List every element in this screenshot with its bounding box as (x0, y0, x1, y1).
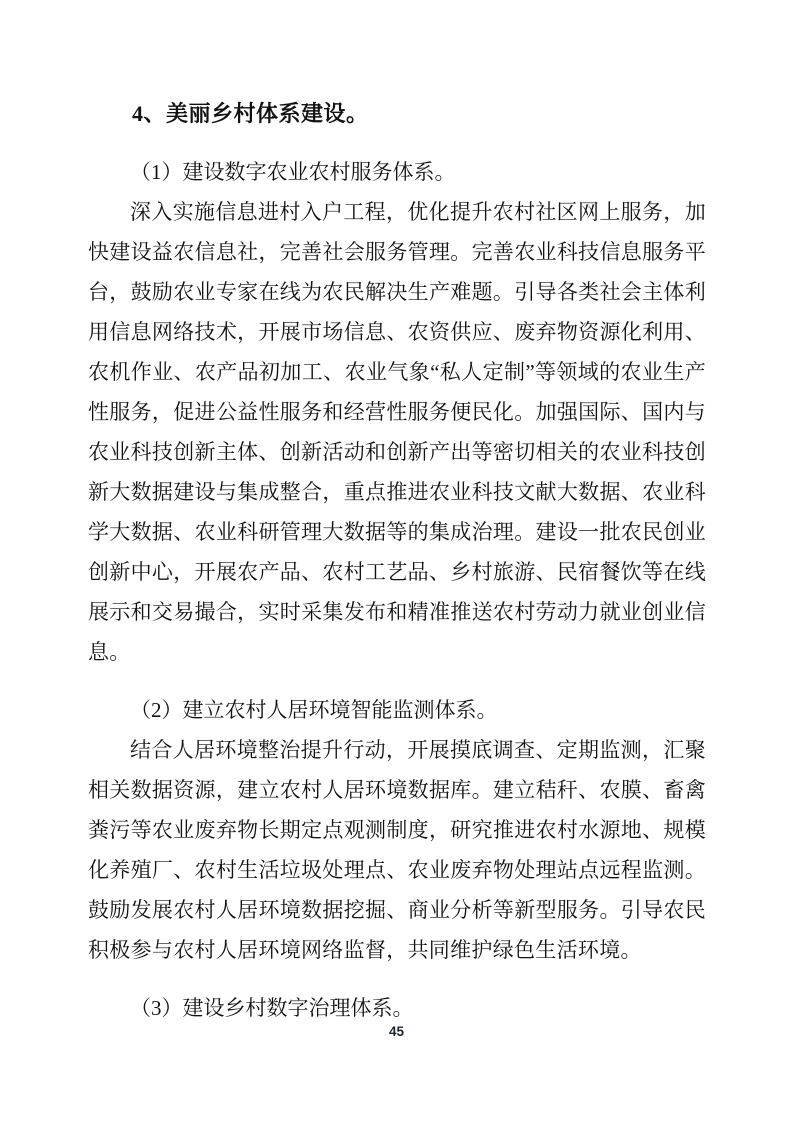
page-number: 45 (0, 1024, 793, 1039)
subsection-title-3: （3）建设乡村数字治理体系。 (88, 988, 706, 1028)
subsection-title-2: （2）建立农村人居环境智能监测体系。 (88, 690, 706, 730)
document-page: 4、美丽乡村体系建设。 （1）建设数字农业农村服务体系。 深入实施信息进村入户工… (0, 0, 793, 1122)
subsection-title-1: （1）建设数字农业农村服务体系。 (88, 152, 706, 192)
paragraph-2: 结合人居环境整治提升行动，开展摸底调查、定期监测，汇聚相关数据资源，建立农村人居… (88, 730, 706, 970)
document-content: 4、美丽乡村体系建设。 （1）建设数字农业农村服务体系。 深入实施信息进村入户工… (88, 94, 706, 1028)
section-heading: 4、美丽乡村体系建设。 (88, 94, 706, 134)
paragraph-1: 深入实施信息进村入户工程，优化提升农村社区网上服务，加快建设益农信息社，完善社会… (88, 192, 706, 672)
